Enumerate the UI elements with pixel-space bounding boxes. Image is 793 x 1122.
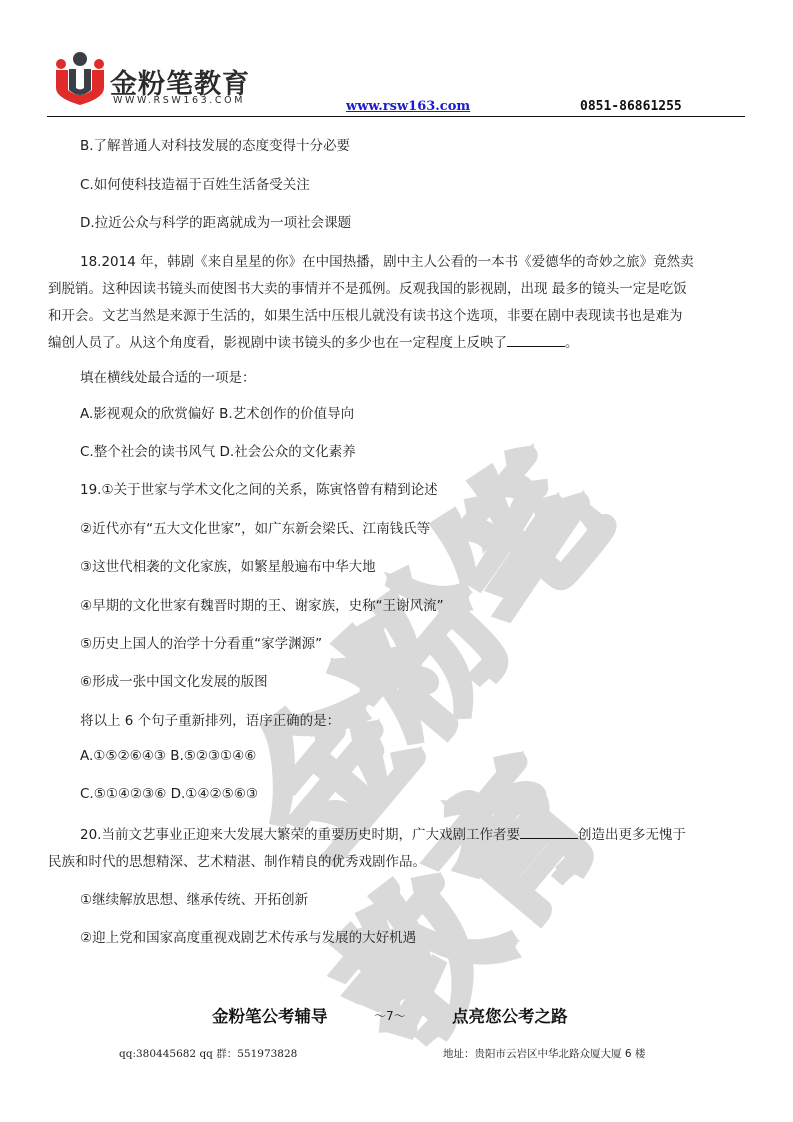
footer-qq: qq:380445682 qq 群：551973828 (119, 1046, 297, 1061)
footer-slogan-right: 点亮您公考之路 (452, 1003, 568, 1027)
q20-item-2: ②迎上党和国家高度重视戏剧艺术传承与发展的大好机遇 (80, 926, 416, 946)
q20-item-1: ①继续解放思想、继承传统、开拓创新 (80, 888, 308, 908)
q17-option-d: D.拉近公众与科学的距离就成为一项社会课题 (80, 211, 351, 231)
q17-option-c: C.如何使科技造福于百姓生活备受关注 (80, 173, 310, 193)
q18-line-2: 到脱销。这种因读书镜头而使图书大卖的事情并不是孤例。反观我国的影视剧，出现 最多… (48, 277, 687, 297)
q19-sentence-3: ③这世代相袭的文化家族，如繁星般遍布中华大地 (80, 555, 376, 575)
q18-line-4-text: 编创人员了。从这个角度看，影视剧中读书镜头的多少也在一定程度上反映了 (48, 335, 507, 351)
website-link[interactable]: www.rsw163.com (346, 99, 470, 114)
q18-line-3: 和开会。文艺当然是来源于生活的，如果生活中压根儿就没有读书这个选项，非要在剧中表… (48, 304, 683, 324)
q19-sentence-5: ⑤历史上国人的治学十分看重“家学渊源” (80, 632, 322, 652)
logo-icon (52, 50, 108, 106)
header-divider (47, 116, 745, 117)
q18-options-ab: A.影视观众的欣赏偏好 B.艺术创作的价值导向 (80, 402, 354, 422)
q20-line-1-text: 20.当前文艺事业正迎来大发展大繁荣的重要历史时期，广大戏剧工作者要 (80, 827, 520, 843)
q18-line-4: 编创人员了。从这个角度看，影视剧中读书镜头的多少也在一定程度上反映了。 (48, 331, 579, 351)
page-number: ～7～ (374, 1007, 406, 1024)
footer-address: 地址：贵阳市云岩区中华北路众厦大厦 6 楼 (443, 1046, 645, 1061)
q18-prompt: 填在横线处最合适的一项是： (80, 366, 256, 386)
q18-options-cd: C.整个社会的读书风气 D.社会公众的文化素养 (80, 440, 356, 460)
fill-blank (507, 335, 565, 347)
q19-sentence-4: ④早期的文化世家有魏晋时期的王、谢家族，史称“王谢风流” (80, 594, 444, 614)
phone-number: 0851-86861255 (580, 99, 682, 114)
q19-prompt: 将以上 6 个句子重新排列，语序正确的是： (80, 709, 340, 729)
q18-line-4-end: 。 (565, 335, 579, 351)
footer-slogan-left: 金粉笔公考辅导 (212, 1003, 328, 1027)
q20-line-1: 20.当前文艺事业正迎来大发展大繁荣的重要历史时期，广大戏剧工作者要创造出更多无… (80, 823, 686, 843)
q19-options-cd: C.⑤①④②③⑥ D.①④②⑤⑥③ (80, 786, 258, 802)
q20-line-1-end: 创造出更多无愧于 (578, 827, 686, 843)
fill-blank (520, 827, 578, 839)
logo-url: WWW.RSW163.COM (113, 95, 245, 106)
q19-sentence-6: ⑥形成一张中国文化发展的版图 (80, 670, 268, 690)
q18-line-1: 18.2014 年，韩剧《来自星星的你》在中国热播，剧中主人公看的一本书《爱德华… (80, 250, 694, 270)
q17-option-b: B.了解普通人对科技发展的态度变得十分必要 (80, 134, 350, 154)
q19-sentence-1: 19.①关于世家与学术文化之间的关系，陈寅恪曾有精到论述 (80, 478, 438, 498)
q20-line-2: 民族和时代的思想精深、艺术精湛、制作精良的优秀戏剧作品。 (48, 850, 426, 870)
page-header: 金粉笔教育 WWW.RSW163.COM www.rsw163.com 0851… (0, 0, 793, 118)
q19-sentence-2: ②近代亦有“五大文化世家”，如广东新会梁氏、江南钱氏等 (80, 517, 430, 537)
q19-options-ab: A.①⑤②⑥④③ B.⑤②③①④⑥ (80, 748, 256, 764)
